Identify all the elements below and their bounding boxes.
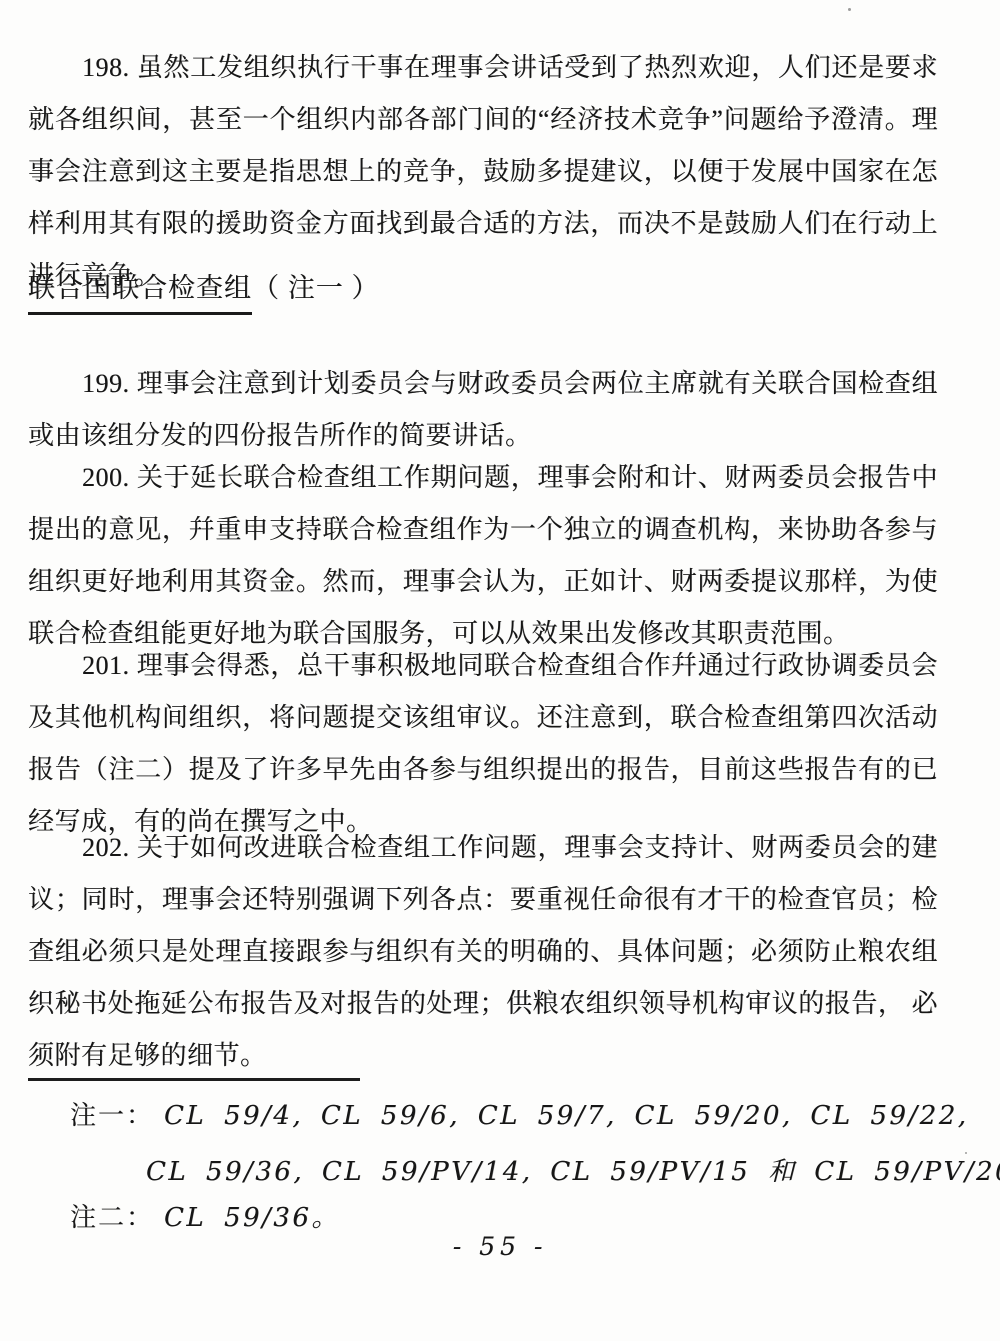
paragraph-200: 200. 关于延长联合检查组工作期问题，理事会附和计、财两委员会报告中提出的意见… <box>28 452 938 660</box>
footnote-2-reference: CL 59/36。 <box>164 1203 340 1233</box>
footnote-1-references-part-1: CL 59/4, CL 59/6, CL 59/7, CL 59/20, CL … <box>164 1101 969 1131</box>
footnote-1-line-1: 注一：CL 59/4, CL 59/6, CL 59/7, CL 59/20, … <box>70 1096 969 1136</box>
paragraph-201: 201. 理事会得悉，总干事积极地同联合检查组合作幷通过行政协调委员会及其他机构… <box>28 640 938 848</box>
section-heading-title: 联合国联合检查组 <box>28 266 252 315</box>
section-heading-note-ref: （ 注一 ） <box>252 273 380 303</box>
section-heading: 联合国联合检查组（ 注一 ） <box>28 266 380 315</box>
footnote-1-references-part-2: CL 59/36, CL 59/PV/14, CL 59/PV/15 和 CL … <box>146 1157 1000 1187</box>
paragraph-198: 198. 虽然工发组织执行干事在理事会讲话受到了热烈欢迎，人们还是要求就各组织间… <box>28 42 938 302</box>
footnote-1-label: 注一： <box>70 1101 164 1130</box>
paragraph-199: 199. 理事会注意到计划委员会与财政委员会两位主席就有关联合国检查组或由该组分… <box>28 358 938 462</box>
scan-speckle <box>965 1152 967 1154</box>
document-page: 198. 虽然工发组织执行干事在理事会讲话受到了热烈欢迎，人们还是要求就各组织间… <box>0 0 1000 1341</box>
paragraph-202: 202. 关于如何改进联合检查组工作问题，理事会支持计、财两委员会的建议；同时，… <box>28 822 938 1082</box>
scan-speckle <box>848 8 851 11</box>
footnote-divider-rule <box>28 1078 360 1081</box>
footnote-1-line-2: CL 59/36, CL 59/PV/14, CL 59/PV/15 和 CL … <box>146 1152 1000 1192</box>
page-number: - 55 - <box>0 1232 1000 1261</box>
footnote-2-label: 注二： <box>70 1203 164 1232</box>
